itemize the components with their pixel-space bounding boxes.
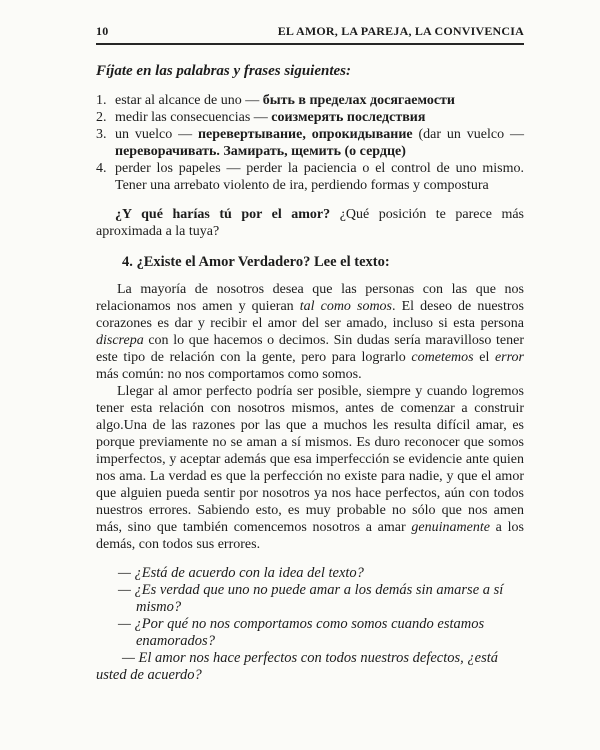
vocab-item-text: perder los papeles — perder la paciencia…	[115, 161, 524, 193]
page-number: 10	[96, 24, 108, 39]
question-2: — ¿Es verdad que uno no puede amar a los…	[96, 582, 524, 616]
vocab-list: 1. estar al alcance de uno — быть в пред…	[96, 92, 524, 194]
prompt-paragraph: ¿Y qué harías tú por el amor? ¿Qué posic…	[96, 206, 524, 240]
text-paragraph-2: Llegar al amor perfecto podría ser posib…	[96, 383, 524, 553]
vocab-item-3: 3. un vuelco — перевертывание, опрокидыв…	[96, 126, 524, 160]
intro-heading: Fíjate en las palabras y frases siguient…	[96, 63, 524, 80]
vocab-item-2: 2. medir las consecuencias — соизмерять …	[96, 109, 524, 126]
vocab-item-number: 4.	[96, 160, 107, 177]
vocab-item-number: 1.	[96, 92, 107, 109]
running-title: EL AMOR, LA PAREJA, LA CONVIVENCIA	[278, 24, 524, 39]
vocab-item-1: 1. estar al alcance de uno — быть в пред…	[96, 92, 524, 109]
vocab-item-text: estar al alcance de uno — быть в предела…	[115, 93, 455, 108]
question-1: — ¿Está de acuerdo con la idea del texto…	[96, 565, 524, 582]
discussion-questions: — ¿Está de acuerdo con la idea del texto…	[96, 565, 524, 684]
section-heading: 4. ¿Existe el Amor Verdadero? Lee el tex…	[96, 254, 524, 271]
vocab-item-number: 3.	[96, 126, 107, 143]
page-header: 10 EL AMOR, LA PAREJA, LA CONVIVENCIA	[96, 24, 524, 45]
vocab-item-text: medir las consecuencias — соизмерять пос…	[115, 110, 425, 125]
vocab-item-text: un vuelco — перевертывание, опрокидывани…	[115, 127, 524, 159]
question-3: — ¿Por qué no nos comportamos como somos…	[96, 616, 524, 650]
vocab-item-4: 4. perder los papeles — perder la pacien…	[96, 160, 524, 194]
vocab-item-number: 2.	[96, 109, 107, 126]
book-page: 10 EL AMOR, LA PAREJA, LA CONVIVENCIA Fí…	[0, 0, 524, 684]
question-4: — El amor nos hace perfectos con todos n…	[96, 650, 524, 684]
text-paragraph-1: La mayoría de nosotros desea que las per…	[96, 281, 524, 383]
